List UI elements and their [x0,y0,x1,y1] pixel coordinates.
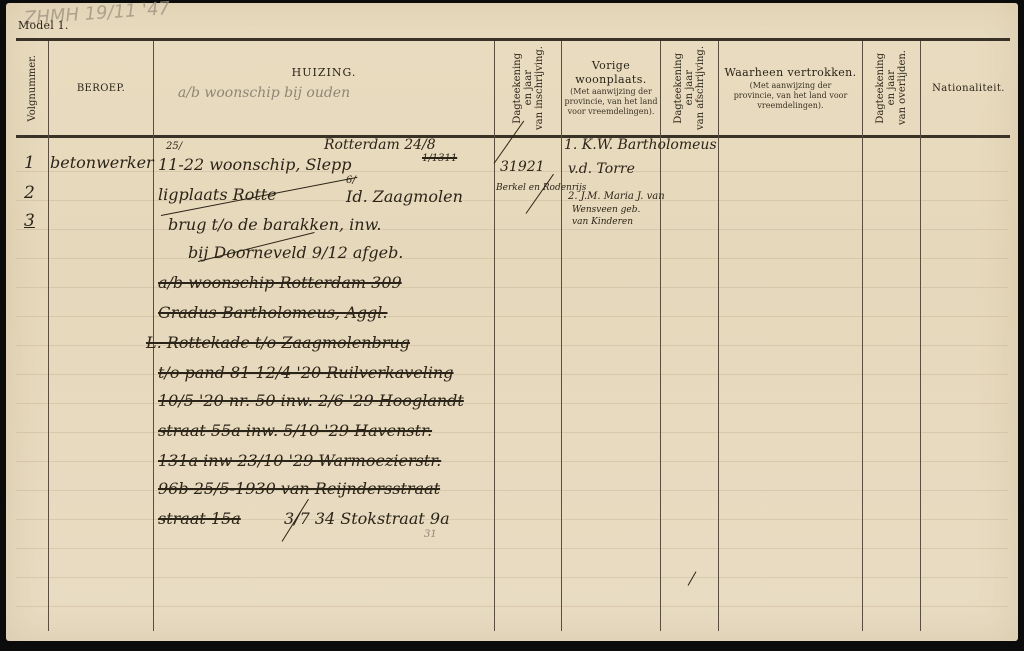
huizing-line: 131a inw 23/10 '29 Warmoezierstr. [158,451,441,470]
header-huizing: HUIZING. a/b woonschip bij ouden [154,41,494,135]
vorige-woonplaats-line: Wensveen geb. [572,205,640,215]
header-overlijden-line-1: Dagteekening [875,53,886,124]
huizing-line: 10/5 '20 nr. 50 inw. 2/6 '29 Hooglandt [158,391,464,410]
model-label: Model 1. [18,19,69,32]
header-waarheen-sub: (Met aanwijzing der provincie, van het l… [719,79,862,111]
huizing-line: 96b 25/5-1930 van Reijndersstraat [158,479,440,498]
huizing-line: L. Rottekade t/o Zaagmolenbrug [146,333,410,352]
row-number-3: 3 [24,211,35,231]
inschrijving-date: 31921 [500,159,545,175]
header-overlijden-line-3: van overlijden. [897,50,908,125]
huizing-line: t/o pand 81 12/4 '20 Ruilverkaveling [158,363,454,382]
header-vorige-woonplaats-label: Vorige woonplaats. [562,59,660,87]
header-inschrijving-line-1: Dagteekening [512,53,523,124]
header-overlijden: Dagteekening en jaar van overlijden. [863,41,920,135]
struck-number: 1/1311 [422,153,457,164]
header-inschrijving: Dagteekening en jaar van inschrijving. [495,41,561,135]
header-huizing-label: HUIZING. [292,66,357,79]
header-afschrijving-line-1: Dagteekening [673,53,684,124]
huizing-line: a/b woonschip Rotterdam 309 [158,273,402,292]
ruled-lines [16,143,1008,631]
header-afschrijving: Dagteekening en jaar van afschrijving. [661,41,718,135]
header-beroep: BEROEP. [49,41,153,135]
huizing-line: ligplaats Rotte [158,185,277,204]
header-afschrijving-line-2: en jaar [684,70,695,105]
vorige-woonplaats-line: 2. J.M. Maria J. van [568,191,665,202]
header-volgnummer: Volgnummer. [16,41,48,135]
huizing-line: bij Doorneveld 9/12 afgeb. [188,243,403,262]
row-number-2: 2 [24,183,35,203]
huizing-line: 25/ [166,141,182,152]
header-afschrijving-line-3: van afschrijving. [695,46,706,130]
huizing-line: Id. Zaagmolen [346,187,463,206]
header-nationaliteit: Nationaliteit. [921,41,1016,135]
beroep-entry: betonwerker [50,153,154,172]
huizing-line: 11-22 woonschip, Slepp [158,155,352,174]
header-vorige-woonplaats: Vorige woonplaats. (Met aanwijzing der p… [562,41,660,135]
huizing-line: straat 55a inw. 5/10 '29 Havenstr. [158,421,432,440]
row-number-1: 1 [24,153,35,173]
registration-card: ZHMH 19/11 '47 Model 1. Volgnummer. BERO… [6,3,1018,641]
header-nationaliteit-label: Nationaliteit. [932,83,1005,94]
huizing-line: brug t/o de barakken, inw. [168,215,381,234]
vorige-woonplaats-line: v.d. Torre [568,161,635,177]
header-inschrijving-line-3: van inschrijving. [534,46,545,130]
header-overlijden-line-2: en jaar [886,70,897,105]
header-beroep-label: BEROEP. [77,83,125,94]
huizing-line: Rotterdam 24/8 [324,137,436,153]
huizing-line: 3/7 34 Stokstraat 9a [284,509,450,528]
huizing-line: Gradus Bartholomeus, Aggl. [158,303,387,322]
header-waarheen-label: Waarheen vertrokken. [724,66,856,79]
header-vorige-woonplaats-sub: (Met aanwijzing der provincie, van het l… [562,87,660,117]
header-volgnummer-label: Volgnummer. [27,55,38,122]
pencil-note: a/b woonschip bij ouden [178,85,350,101]
huizing-line: straat 15a [158,509,241,528]
header-waarheen: Waarheen vertrokken. (Met aanwijzing der… [719,41,862,135]
huizing-line: 31 [424,529,437,540]
header-inschrijving-line-2: en jaar [523,70,534,105]
vorige-woonplaats-line: van Kinderen [572,217,633,227]
vorige-woonplaats-line: 1. K.W. Bartholomeus [564,137,717,153]
